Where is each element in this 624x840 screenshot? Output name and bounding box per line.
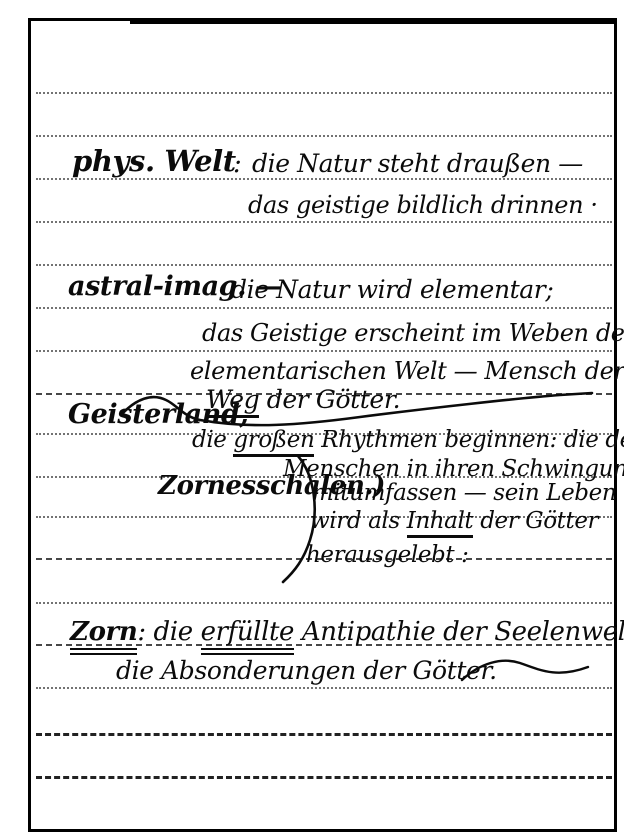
underlined-word-grossen: großen: [233, 427, 314, 457]
handwriting-natur-draussen: die Natur steht draußen —: [252, 151, 583, 177]
ruled-line: [36, 733, 612, 736]
handwriting-absonderungen: die Absonderungen der Götter.: [116, 658, 497, 684]
handwriting-natur-elementar: die Natur wird elementar;: [231, 277, 553, 303]
handwriting-elementarische-welt: elementarischen Welt — Mensch der: [190, 359, 624, 384]
handwriting-herausgelebt: herausgelebt :: [306, 543, 468, 567]
underlined-word-erfuellte: erfüllte: [201, 617, 294, 655]
handwriting-phys-separator: :: [233, 151, 241, 178]
underlined-word-inhalt: Inhalt: [407, 508, 474, 538]
handwriting-phys-welt-label: phys. Welt: [72, 146, 236, 176]
ruled-line: [36, 178, 612, 180]
ruled-line: [36, 687, 612, 689]
handwriting-geisterland-label: Geisterland,: [68, 401, 248, 429]
ruled-line: [36, 221, 612, 223]
handwriting-mitumfassen: mitumfassen — sein Leben: [312, 481, 616, 505]
handwriting-inhalt-der-goetter: wird als Inhalt der Götter: [310, 509, 598, 533]
ruled-line: [36, 307, 612, 309]
underlined-word-zorn: Zorn: [70, 617, 137, 655]
handwriting-geistige-drinnen: das geistige bildlich drinnen ·: [248, 193, 598, 218]
ruled-line: [36, 264, 612, 266]
handwriting-geistige-weben: das Geistige erscheint im Weben der: [202, 321, 624, 346]
ruled-line: [36, 350, 612, 352]
ruled-line: [36, 135, 612, 137]
ruled-line: [36, 776, 612, 779]
scanned-notebook-page: phys. Welt : die Natur steht draußen — d…: [0, 0, 624, 840]
handwriting-rhythmen-beginnen: die großen Rhythmen beginnen: die den—: [192, 428, 624, 452]
ruled-line: [36, 602, 612, 604]
handwriting-zorn-antipathie: Zorn: die erfüllte Antipathie der Seelen…: [70, 619, 624, 646]
page-border-top-thick-segment: [130, 18, 617, 24]
ruled-line: [36, 92, 612, 94]
